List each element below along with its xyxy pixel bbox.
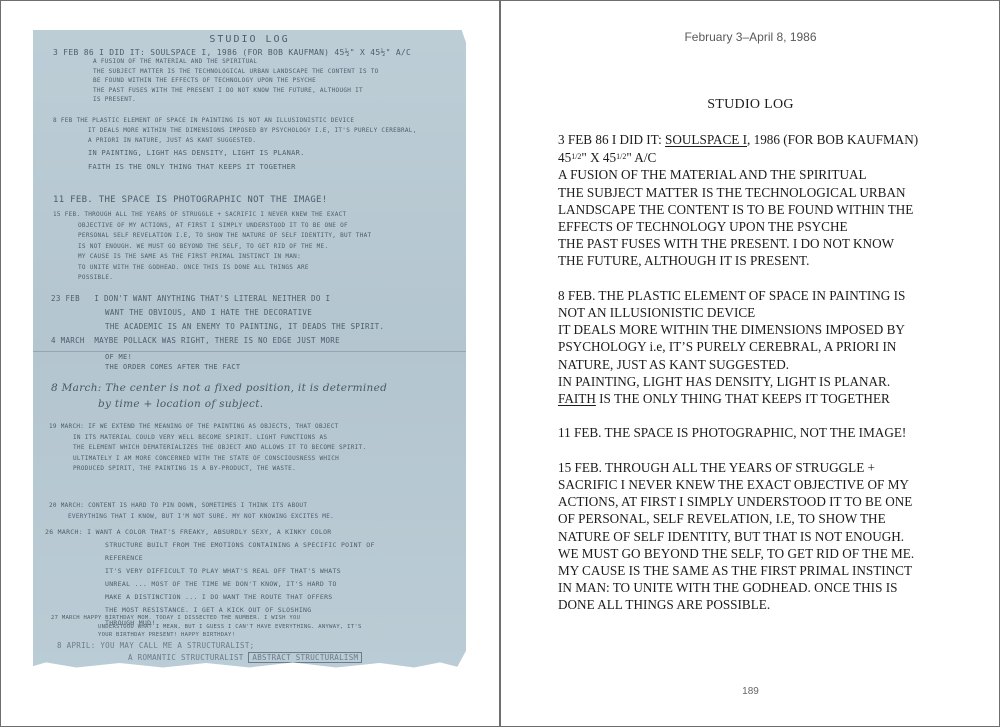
artwork-title: SOULSPACE I — [665, 132, 747, 147]
boxed-annotation: ABSTRACT STRUCTURALISM — [248, 652, 362, 663]
entry-15-feb: 15 FEB. THROUGH ALL THE YEARS OF STRUGGL… — [558, 459, 988, 614]
manuscript-entry-11-feb: 11 FEB. THE SPACE IS PHOTOGRAPHIC NOT TH… — [33, 195, 486, 205]
running-head: February 3–April 8, 1986 — [501, 30, 1000, 44]
manuscript-entry-23-feb: 23 FEB I DON'T WANT ANYTHING THAT'S LITE… — [33, 292, 466, 348]
manuscript-scan: STUDIO LOG 3 FEB 86 I DID IT: SOULSPACE … — [33, 30, 466, 670]
transcription-body: 3 FEB 86 I DID IT: SOULSPACE I, 1986 (FO… — [558, 131, 988, 631]
entry-3-feb: 3 FEB 86 I DID IT: SOULSPACE I, 1986 (FO… — [558, 131, 988, 270]
manuscript-entry-19-march: 19 MARCH: IF WE EXTEND THE MEANING OF TH… — [33, 422, 466, 475]
manuscript-title: STUDIO LOG — [33, 34, 466, 45]
left-page: STUDIO LOG 3 FEB 86 I DID IT: SOULSPACE … — [0, 0, 499, 727]
manuscript-entry-8-feb: 8 FEB THE PLASTIC ELEMENT OF SPACE IN PA… — [33, 116, 466, 174]
entry-8-feb: 8 FEB. THE PLASTIC ELEMENT OF SPACE IN P… — [558, 287, 988, 407]
right-page: February 3–April 8, 1986 STUDIO LOG 3 FE… — [501, 0, 1000, 727]
artwork-dimensions: 451/2" X 451/2" A/C — [558, 148, 988, 166]
manuscript-entry-8-april: 8 APRIL: YOU MAY CALL ME A STRUCTURALIST… — [33, 640, 466, 664]
manuscript-entry-20-march: 20 MARCH: CONTENT IS HARD TO PIN DOWN, S… — [33, 500, 466, 522]
manuscript-entry-27-march: 27 MARCH HAPPY BIRTHDAY MOM. TODAY I DIS… — [33, 614, 466, 640]
page-number: 189 — [501, 686, 1000, 697]
manuscript-entry-4-march: OF ME! THE ORDER COMES AFTER THE FACT — [33, 352, 466, 372]
page-title: STUDIO LOG — [501, 97, 1000, 113]
manuscript-entry-8-march: 8 March: The center is not a fixed posit… — [33, 380, 466, 412]
entry-11-feb: 11 FEB. THE SPACE IS PHOTOGRAPHIC, NOT T… — [558, 424, 988, 441]
manuscript-entry-15-feb: 15 FEB. THROUGH ALL THE YEARS OF STRUGGL… — [33, 210, 466, 284]
underlined-faith: FAITH — [558, 391, 596, 406]
manuscript-entry-3-feb: 3 FEB 86 I DID IT: SOULSPACE I, 1986 (FO… — [33, 48, 466, 105]
